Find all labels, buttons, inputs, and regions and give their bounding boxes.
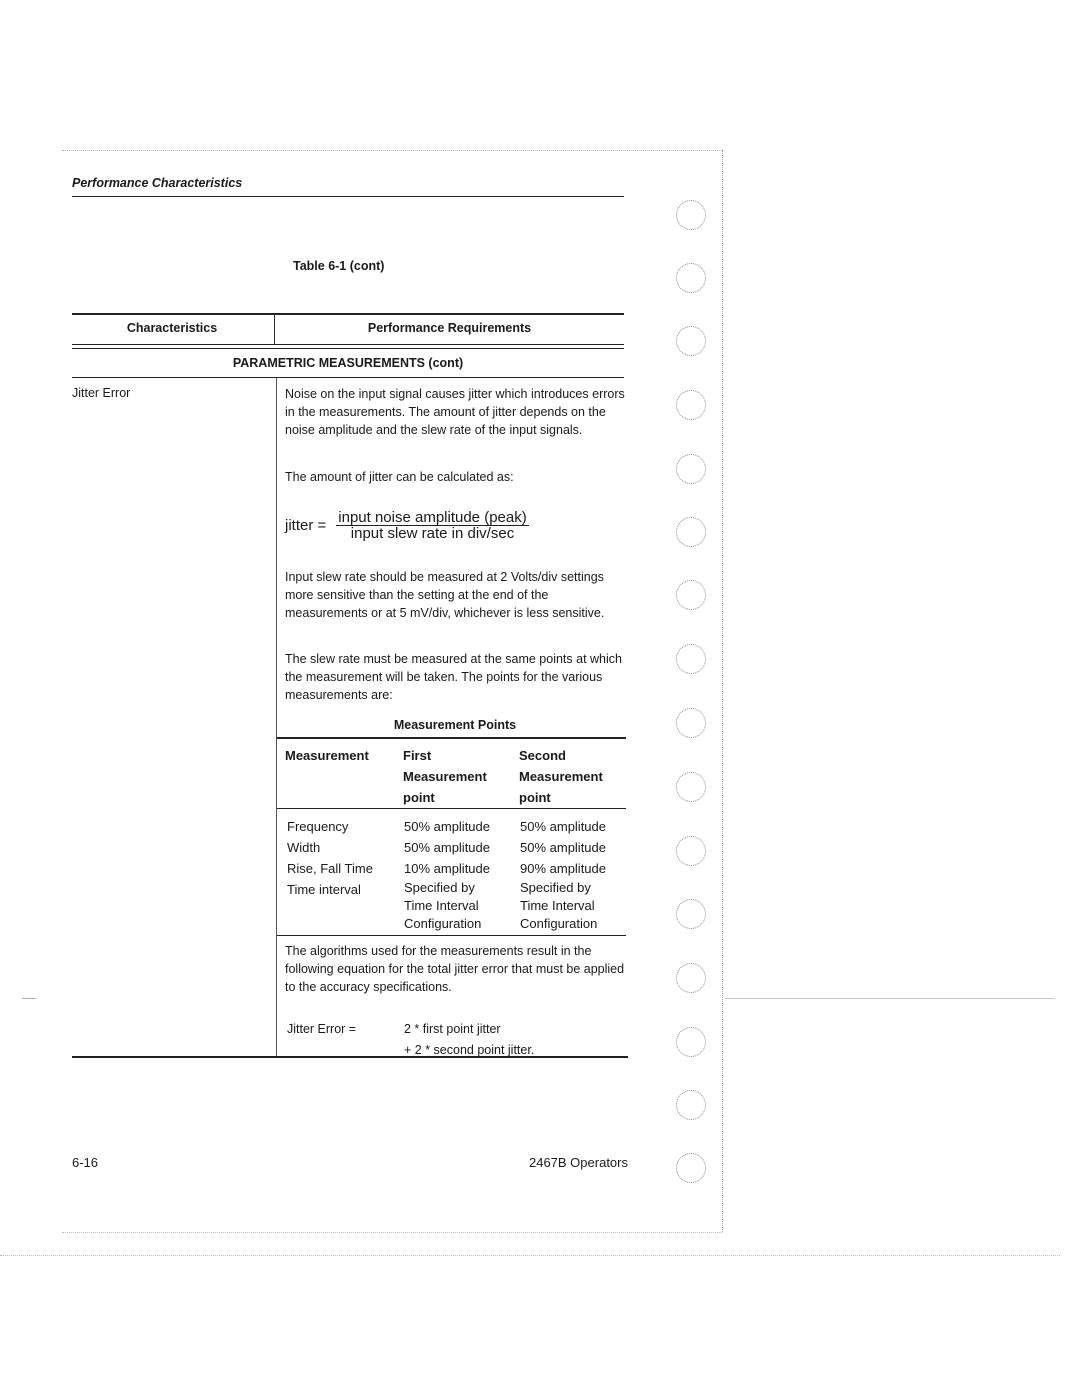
section-rule — [72, 377, 624, 378]
table-title: Table 6-1 (cont) — [293, 259, 384, 273]
binder-hole — [676, 263, 706, 293]
running-head-rule — [72, 196, 624, 197]
mp-header-measurement: Measurement — [285, 745, 369, 766]
header-performance-requirements: Performance Requirements — [275, 321, 624, 335]
mp-header-second: Second Measurement point — [519, 745, 603, 808]
formula-fraction: input noise amplitude (peak) input slew … — [336, 510, 528, 541]
binder-hole — [676, 1090, 706, 1120]
mp-col-second-l1: Second — [519, 745, 603, 766]
binder-hole — [676, 708, 706, 738]
characteristic-jitter-error: Jitter Error — [72, 386, 130, 400]
mp-header-first: First Measurement point — [403, 745, 487, 808]
header-bottom-rule-1 — [72, 344, 624, 345]
binder-hole — [676, 580, 706, 610]
mp-col-first-l3: point — [403, 787, 487, 808]
jitter-error-eq-line1: 2 * first point jitter — [404, 1019, 501, 1040]
mp-bottom-rule — [277, 935, 626, 936]
scan-edge-right — [725, 998, 1055, 999]
manual-name: 2467B Operators — [520, 1155, 628, 1170]
mp-cell: 10% amplitude — [404, 858, 490, 879]
jitter-error-eq-lhs: Jitter Error = — [287, 1019, 356, 1040]
mp-cell: Frequency — [287, 816, 348, 837]
section-heading: PARAMETRIC MEASUREMENTS (cont) — [72, 356, 624, 370]
page-edge-top — [62, 150, 722, 151]
mp-cell: Time interval — [287, 879, 361, 900]
table-top-rule — [72, 313, 624, 315]
scan-edge-bottom — [0, 1255, 1060, 1256]
mp-cell: 50% amplitude — [404, 837, 490, 858]
binder-hole — [676, 200, 706, 230]
mp-cell: 50% amplitude — [520, 837, 606, 858]
paragraph-slew-rate: Input slew rate should be measured at 2 … — [285, 568, 625, 622]
page-edge-right — [722, 150, 723, 1232]
page-edge-bottom — [62, 1232, 722, 1233]
binder-hole — [676, 836, 706, 866]
measurement-points-title: Measurement Points — [285, 718, 625, 732]
running-head: Performance Characteristics — [72, 176, 242, 190]
mp-col-first-l2: Measurement — [403, 766, 487, 787]
binder-hole — [676, 899, 706, 929]
binder-hole — [676, 644, 706, 674]
mp-cell: Specified byTime IntervalConfiguration — [404, 879, 481, 933]
mp-col-measurement: Measurement — [285, 745, 369, 766]
header-column-divider — [274, 314, 275, 344]
paragraph-algorithms: The algorithms used for the measurements… — [285, 942, 625, 996]
table-bottom-rule — [72, 1056, 628, 1058]
mp-cell: 50% amplitude — [404, 816, 490, 837]
header-characteristics: Characteristics — [72, 321, 272, 335]
paragraph-amount-calc: The amount of jitter can be calculated a… — [285, 468, 630, 486]
body-column-divider — [276, 378, 277, 1056]
jitter-formula: jitter = input noise amplitude (peak) in… — [285, 510, 529, 541]
binder-hole — [676, 963, 706, 993]
mp-col-first-l1: First — [403, 745, 487, 766]
formula-denominator: input slew rate in div/sec — [351, 526, 514, 541]
binder-hole — [676, 390, 706, 420]
mp-cell: 90% amplitude — [520, 858, 606, 879]
mp-cell: Rise, Fall Time — [287, 858, 373, 879]
mp-col-second-l2: Measurement — [519, 766, 603, 787]
binder-hole — [676, 326, 706, 356]
mp-cell: Specified byTime IntervalConfiguration — [520, 879, 597, 933]
paragraph-noise: Noise on the input signal causes jitter … — [285, 385, 630, 439]
scan-mark-left — [22, 998, 36, 999]
header-bottom-rule-2 — [72, 348, 624, 349]
binder-hole — [676, 454, 706, 484]
binder-hole — [676, 772, 706, 802]
mp-cell: Width — [287, 837, 320, 858]
page-number: 6-16 — [72, 1155, 98, 1170]
binder-hole — [676, 1027, 706, 1057]
paragraph-points: The slew rate must be measured at the sa… — [285, 650, 625, 704]
mp-header-rule — [277, 808, 626, 809]
formula-lhs: jitter = — [285, 517, 326, 534]
formula-numerator: input noise amplitude (peak) — [336, 510, 528, 526]
mp-cell: 50% amplitude — [520, 816, 606, 837]
mp-top-rule — [277, 737, 626, 739]
mp-col-second-l3: point — [519, 787, 603, 808]
binder-hole — [676, 1153, 706, 1183]
binder-hole — [676, 517, 706, 547]
